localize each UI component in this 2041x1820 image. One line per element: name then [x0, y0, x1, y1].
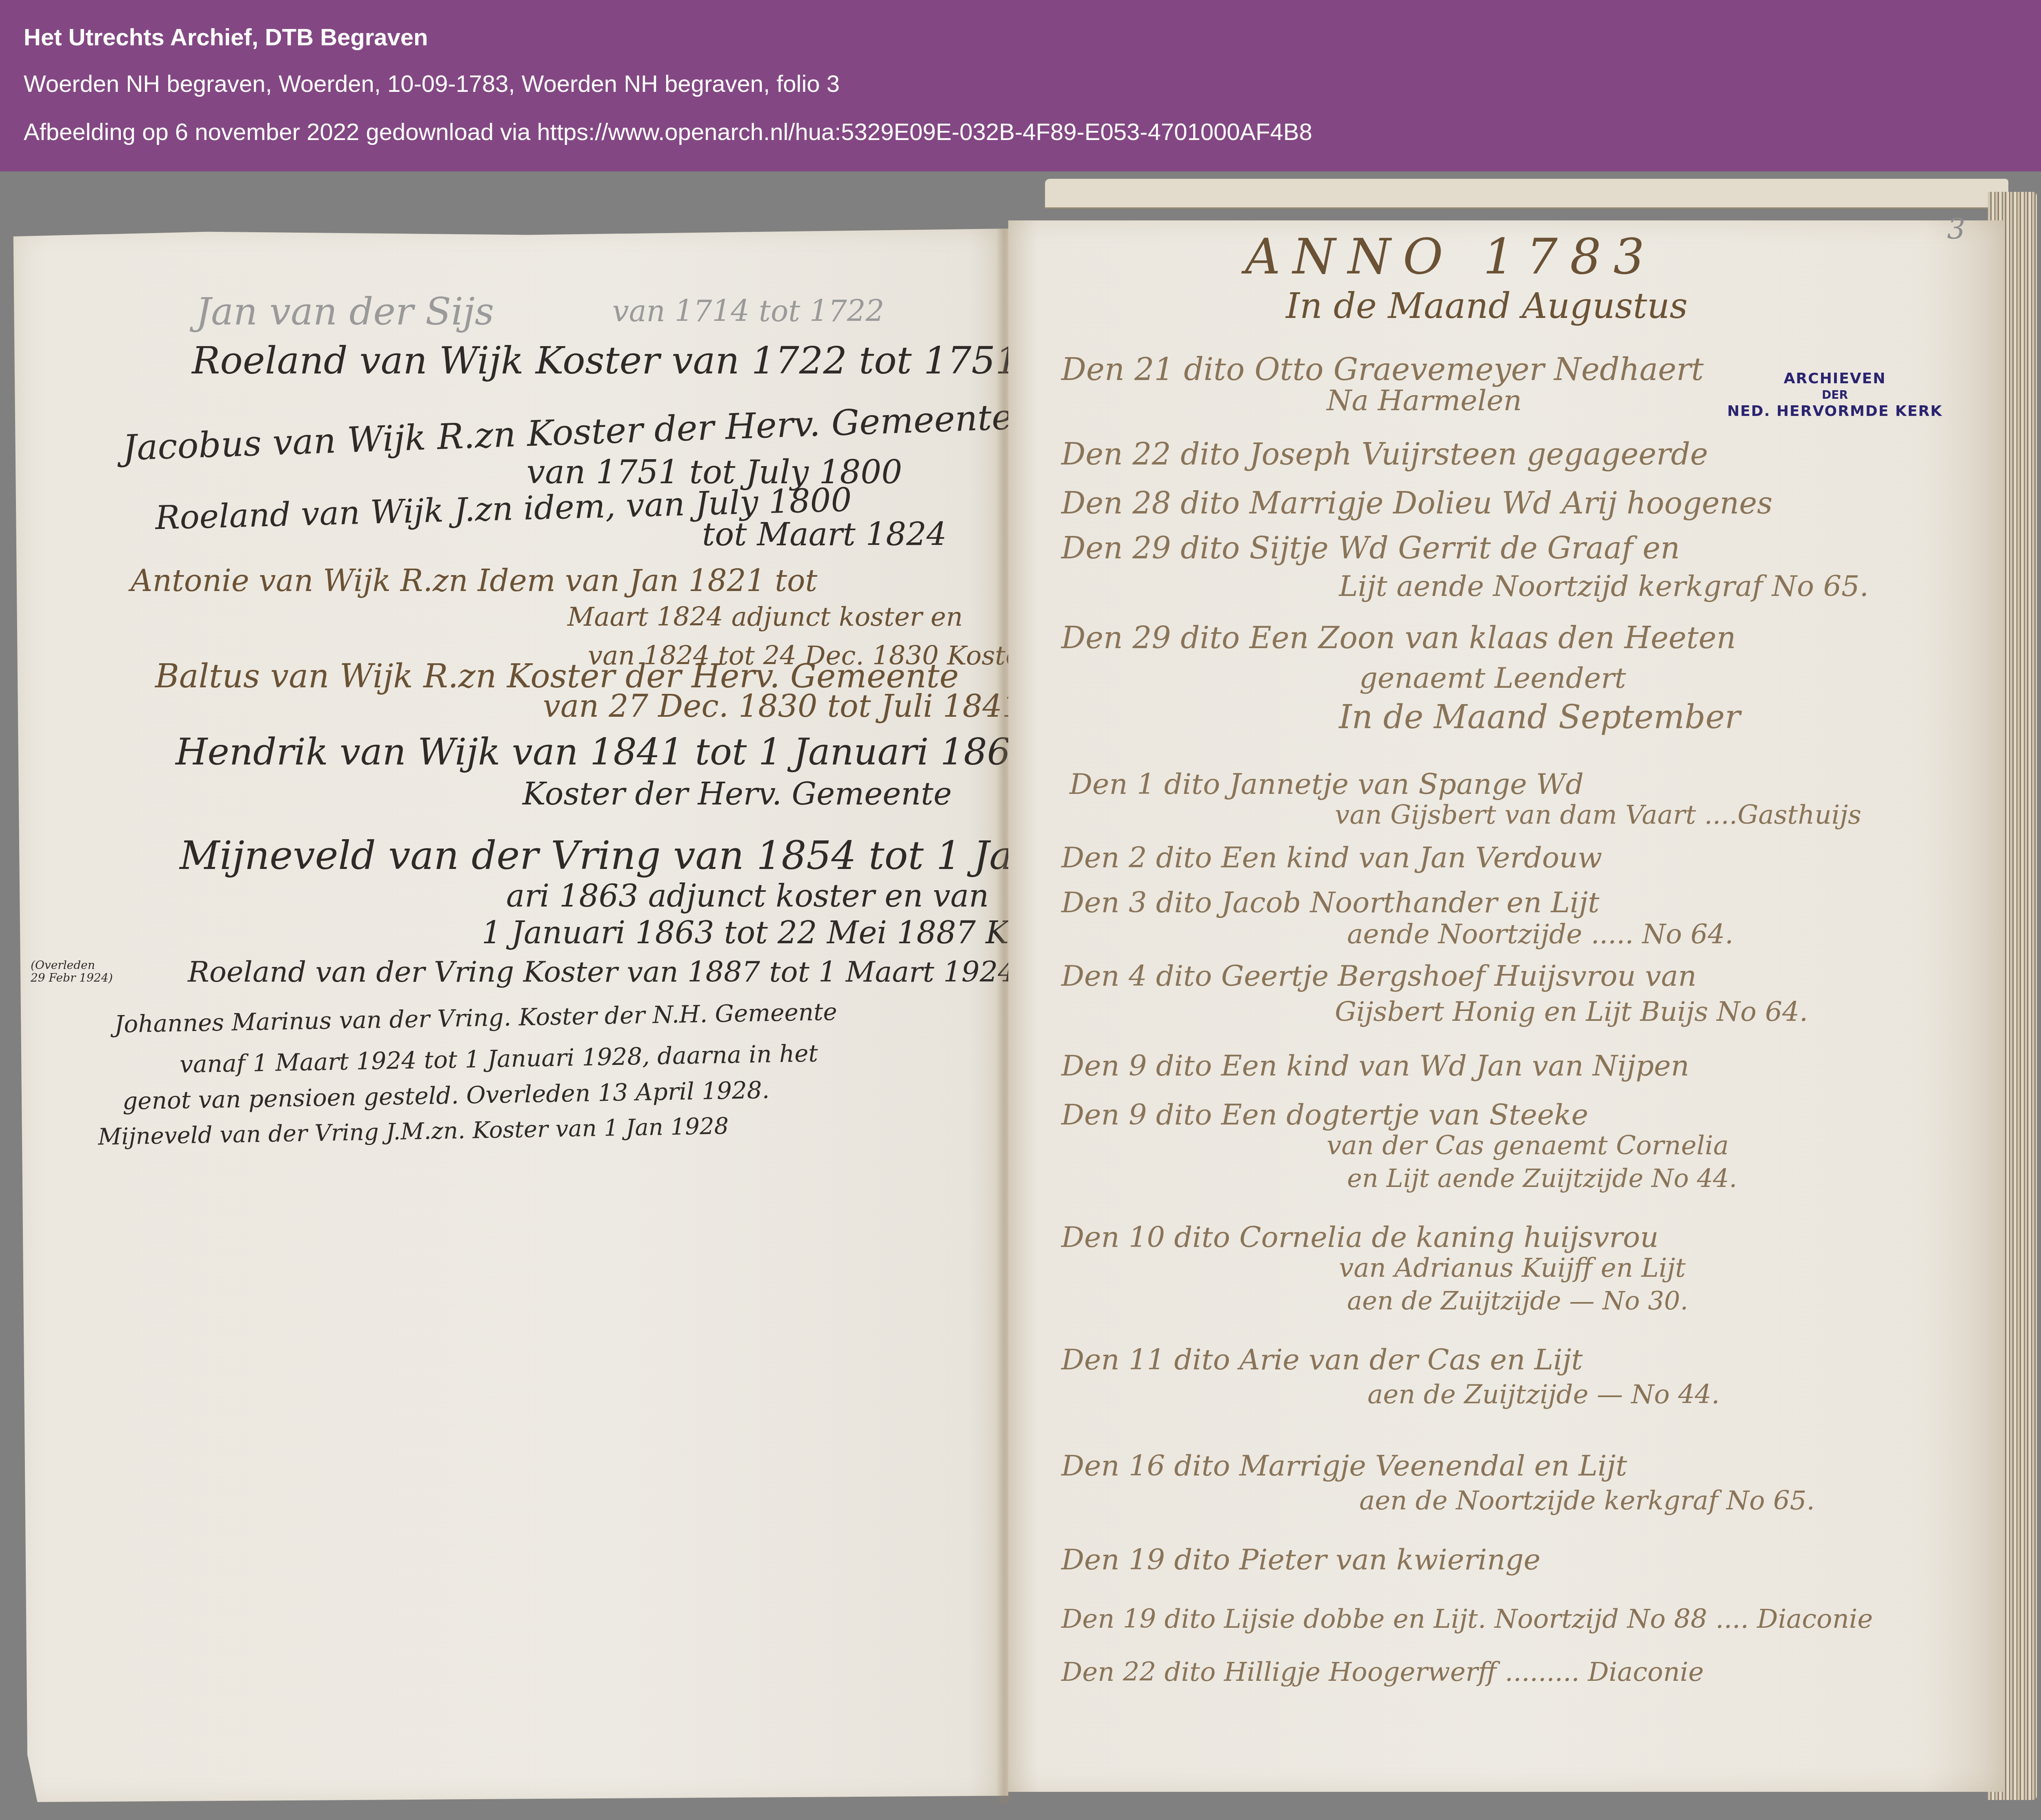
margin-note-line-1: (Overleden [31, 959, 113, 972]
folio-number: 3 [1947, 212, 1965, 246]
year-heading: ANNO 1783 [1245, 229, 1657, 285]
entry-sep-16-cont: aen de Noortzijde kerkgraf No 65. [1359, 1486, 1815, 1516]
entry-sep-11: Den 11 dito Arie van der Cas en Lijt [1061, 1343, 1583, 1376]
entry-aug-29a: Den 29 dito Sijtje Wd Gerrit de Graaf en [1061, 531, 1680, 566]
left-line-7: Maart 1824 adjunct koster en [567, 602, 963, 632]
entry-aug-21-cont: Na Harmelen [1327, 384, 1522, 417]
entry-aug-29b: Den 29 dito Een Zoon van klaas den Heete… [1061, 620, 1736, 656]
month-heading-august: In de Maand Augustus [1286, 286, 1688, 327]
entry-sep-22: Den 22 dito Hilligje Hoogerwerff .......… [1061, 1657, 1704, 1687]
entry-sep-10: Den 10 dito Cornelia de kaning huijsvrou [1061, 1220, 1659, 1254]
left-line-1: Roeland van Wijk Koster van 1722 tot 175… [192, 339, 1019, 382]
entry-sep-10-cont2: aen de Zuijtzijde — No 30. [1347, 1286, 1688, 1316]
entry-sep-1-cont: van Gijsbert van dam Vaart ....Gasthuijs [1335, 800, 1861, 830]
entry-sep-4: Den 4 dito Geertje Bergshoef Huijsvrou v… [1061, 959, 1696, 993]
left-line-5: tot Maart 1824 [702, 516, 947, 553]
entry-aug-28: Den 28 dito Marrigje Dolieu Wd Arij hoog… [1061, 486, 1772, 521]
pencil-note-period: van 1714 tot 1722 [612, 294, 884, 328]
left-line-6: Antonie van Wijk R.zn Idem van Jan 1821 … [131, 563, 817, 598]
download-note: Afbeelding op 6 november 2022 gedownload… [24, 118, 1312, 146]
archive-header-banner: Het Utrechts Archief, DTB Begraven Woerd… [0, 0, 2041, 171]
entry-sep-16: Den 16 dito Marrigje Veenendal en Lijt [1061, 1449, 1627, 1482]
month-heading-september: In de Maand September [1339, 698, 1741, 736]
left-line-12: Koster der Herv. Gemeente [522, 776, 952, 812]
margin-note-line-2: 29 Febr 1924) [31, 972, 113, 984]
entry-sep-11-cont: aen de Zuijtzijde — No 44. [1367, 1380, 1720, 1410]
entry-sep-9b-cont1: van der Cas genaemt Cornelia [1327, 1131, 1729, 1161]
entry-sep-19b: Den 19 dito Lijsie dobbe en Lijt. Noortz… [1061, 1604, 1873, 1634]
pencil-note-name: Jan van der Sijs [196, 290, 494, 333]
entry-sep-4-cont: Gijsbert Honig en Lijt Buijs No 64. [1335, 996, 1808, 1027]
stamp-line-2: DER [1721, 388, 1949, 402]
entry-aug-22: Den 22 dito Joseph Vuijrsteen gegageerde [1061, 437, 1708, 472]
entry-sep-9a: Den 9 dito Een kind van Wd Jan van Nijpe… [1061, 1049, 1689, 1082]
stamp-line-1: ARCHIEVEN [1721, 369, 1949, 388]
entry-sep-9b: Den 9 dito Een dogtertje van Steeke [1061, 1098, 1588, 1131]
entry-sep-9b-cont2: en Lijt aende Zuijtzijde No 44. [1347, 1163, 1737, 1193]
entry-sep-2: Den 2 dito Een kind van Jan Verdouw [1061, 841, 1602, 874]
entry-aug-29b-cont: genaemt Leendert [1359, 661, 1626, 695]
entry-sep-1: Den 1 dito Jannetje van Spange Wd [1069, 767, 1584, 801]
record-description: Woerden NH begraven, Woerden, 10-09-1783… [24, 70, 840, 98]
folded-top-sheet [1045, 179, 2008, 209]
left-line-10: van 27 Dec. 1830 tot Juli 1841. [543, 688, 1032, 724]
margin-note: (Overleden 29 Febr 1924) [31, 959, 113, 984]
left-line-13: Mijneveld van der Vring van 1854 tot 1 J… [180, 833, 1063, 878]
left-line-14: ari 1863 adjunct koster en van [506, 878, 989, 914]
entry-sep-19a: Den 19 dito Pieter van kwieringe [1061, 1543, 1541, 1576]
entry-aug-29a-cont: Lijt aende Noortzijd kerkgraf No 65. [1339, 569, 1869, 603]
left-line-16: Roeland van der Vring Koster van 1887 to… [188, 955, 1016, 989]
stamp-line-3: NED. HERVORMDE KERK [1721, 402, 1949, 420]
archive-stamp: ARCHIEVEN DER NED. HERVORMDE KERK [1721, 369, 1949, 420]
entry-sep-3: Den 3 dito Jacob Noorthander en Lijt [1061, 886, 1599, 919]
entry-aug-21: Den 21 dito Otto Graevemeyer Nedhaert [1061, 351, 1704, 387]
entry-sep-3-cont: aende Noortzijde ..... No 64. [1347, 918, 1733, 950]
archive-title: Het Utrechts Archief, DTB Begraven [24, 24, 428, 51]
left-line-11: Hendrik van Wijk van 1841 tot 1 Januari … [176, 731, 1034, 773]
entry-sep-10-cont1: van Adrianus Kuijff en Lijt [1339, 1253, 1686, 1283]
